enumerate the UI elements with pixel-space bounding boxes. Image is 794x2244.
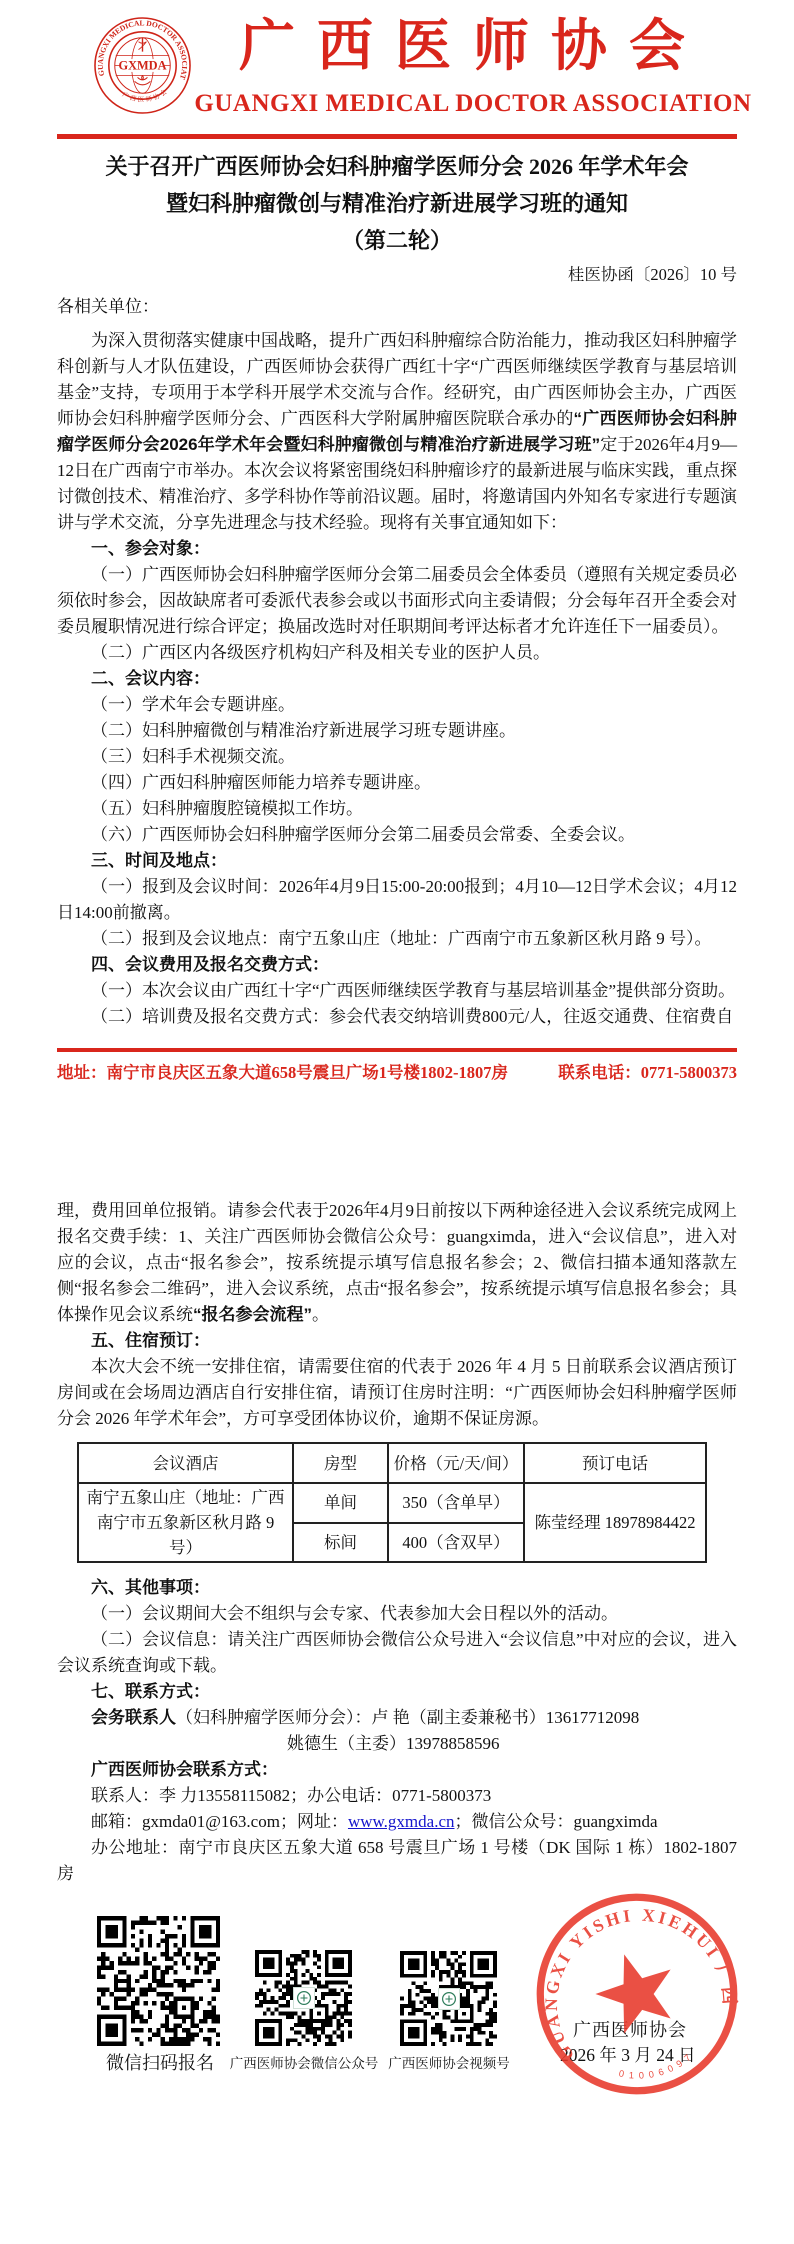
qr3-caption: 广西医师协会视频号 (369, 2052, 529, 2072)
continued-text-2: 。 (312, 1305, 329, 1324)
conference-contact-line: 会务联系人（妇科肿瘤学医师分会）：卢 艳（副主委兼秘书）13617712098 (57, 1705, 737, 1731)
section7-heading: 七、联系方式： (57, 1679, 737, 1705)
intro-paragraph: 为深入贯彻落实健康中国战略，提升广西妇科肿瘤综合防治能力，推动我区妇科肿瘤学科创… (57, 328, 737, 536)
footer-address: 地址：南宁市良庆区五象大道658号震旦广场1号楼1802-1807房 (57, 1061, 508, 1085)
qr-center-logo-icon (293, 1987, 315, 2009)
document-number: 桂医协函〔2026〕10 号 (57, 262, 737, 288)
email-text: 邮箱：gxmda01@163.com；网址： (91, 1812, 348, 1831)
contact2-detail: 姚德生（主委）13978858596 (57, 1731, 737, 1757)
salutation: 各相关单位： (57, 294, 737, 320)
website-link[interactable]: www.gxmda.cn (348, 1812, 455, 1831)
section3-item1: （一）报到及会议时间：2026年4月9日15:00-20:00报到；4月10—1… (57, 874, 737, 926)
notice-document: GUANGXI MEDICAL DOCTOR ASSOCIATION 广西医师协… (0, 0, 794, 2244)
association-email-line: 邮箱：gxmda01@163.com；网址：www.gxmda.cn；微信公众号… (57, 1809, 737, 1835)
continued-text-1: 理，费用回单位报销。请参会代表于2026年4月9日前按以下两种途径进入会议系统完… (57, 1201, 737, 1324)
section1-item1: （一）广西医师协会妇科肿瘤学医师分会第二届委员会全体委员（遵照有关规定委员必须依… (57, 562, 737, 640)
section3-item2: （二）报到及会议地点：南宁五象山庄（地址：广西南宁市五象新区秋月路 9 号）。 (57, 926, 737, 952)
section4-item2: （二）培训费及报名交费方式：参会代表交纳培训费800元/人，往返交通费、住宿费自 (57, 1004, 737, 1030)
section6-heading: 六、其他事项： (57, 1575, 737, 1601)
section2-item4: （四）广西妇科肿瘤医师能力培养专题讲座。 (57, 770, 737, 796)
col-header-room-type: 房型 (293, 1443, 388, 1483)
contact1-detail: （妇科肿瘤学医师分会）：卢 艳（副主委兼秘书）13617712098 (176, 1708, 639, 1727)
section6-item1: （一）会议期间大会不组织与会专家、代表参加大会日程以外的活动。 (57, 1601, 737, 1627)
registration-qr-code (97, 1916, 220, 2046)
org-name-chinese: 广西医师协会 (192, 12, 754, 82)
qr1-caption: 微信扫码报名 (80, 2049, 240, 2075)
logo-center-text: GXMDA (118, 58, 166, 72)
association-contact-person: 联系人：李 力13558115082；办公电话：0771-5800373 (57, 1783, 737, 1809)
room-type-cell: 标间 (293, 1523, 388, 1563)
section2-heading: 二、会议内容： (57, 666, 737, 692)
section2-item6: （六）广西医师协会妇科肿瘤学医师分会第二届委员会常委、全委会议。 (57, 822, 737, 848)
hotel-table: 会议酒店 房型 价格（元/天/间） 预订电话 南宁五象山庄（地址：广西南宁市五象… (77, 1442, 707, 1563)
section2-item1: （一）学术年会专题讲座。 (57, 692, 737, 718)
footer-divider (57, 1048, 737, 1052)
qr-center-logo-icon (438, 1988, 460, 2010)
document-title-line3: （第二轮） (57, 222, 737, 259)
section5-heading: 五、住宿预订： (57, 1328, 737, 1354)
section2-item5: （五）妇科肿瘤腹腔镜模拟工作坊。 (57, 796, 737, 822)
page2-content: 理，费用回单位报销。请参会代表于2026年4月9日前按以下两种途径进入会议系统完… (57, 1198, 737, 1887)
section2-item3: （三）妇科手术视频交流。 (57, 744, 737, 770)
registration-flow-bold: “报名参会流程” (193, 1305, 312, 1324)
section5-paragraph: 本次大会不统一安排住宿，请需要住宿的代表于 2026 年 4 月 5 日前联系会… (57, 1354, 737, 1432)
contact-label-bold: 会务联系人 (91, 1708, 176, 1727)
logo-ring-bottom-text: 广西医师协会 (121, 86, 170, 104)
document-title-line1: 关于召开广西医师协会妇科肿瘤学医师分会 2026 年学术年会 (57, 148, 737, 185)
page1-footer: 地址：南宁市良庆区五象大道658号震旦广场1号楼1802-1807房 联系电话：… (57, 1048, 737, 1085)
header-divider (57, 134, 737, 139)
seal-serial-number: 01006097 (615, 2045, 699, 2091)
hotel-name-cell: 南宁五象山庄（地址：广西南宁市五象新区秋月路 9 号） (78, 1483, 293, 1562)
document-title-line2: 暨妇科肿瘤微创与精准治疗新进展学习班的通知 (57, 185, 737, 222)
section6-item2: （二）会议信息：请关注广西医师协会微信公众号进入“会议信息”中对应的会议，进入会… (57, 1627, 737, 1679)
wechat-account-text: ；微信公众号：guangximda (455, 1812, 658, 1831)
official-seal-stamp: GUANGXI YISHI XIEHUI 广西医师协会 01006097 (533, 1890, 741, 2098)
section1-heading: 一、参会对象： (57, 536, 737, 562)
col-header-phone: 预订电话 (524, 1443, 706, 1483)
price-cell: 400（含双早） (388, 1523, 524, 1563)
footer-phone: 联系电话：0771-5800373 (558, 1061, 737, 1085)
association-contact-heading: 广西医师协会联系方式： (57, 1757, 737, 1783)
table-row: 南宁五象山庄（地址：广西南宁市五象新区秋月路 9 号） 单间 350（含单早） … (78, 1483, 706, 1523)
room-type-cell: 单间 (293, 1483, 388, 1523)
wechat-official-account-qr-code (255, 1950, 352, 2046)
hotel-table-header-row: 会议酒店 房型 价格（元/天/间） 预订电话 (78, 1443, 706, 1483)
video-channel-qr-code (400, 1951, 497, 2046)
continued-paragraph: 理，费用回单位报销。请参会代表于2026年4月9日前按以下两种途径进入会议系统完… (57, 1198, 737, 1328)
association-logo-icon: GUANGXI MEDICAL DOCTOR ASSOCIATION 广西医师协… (93, 16, 192, 115)
col-header-hotel: 会议酒店 (78, 1443, 293, 1483)
page1-content: 关于召开广西医师协会妇科肿瘤学医师分会 2026 年学术年会 暨妇科肿瘤微创与精… (57, 148, 737, 1030)
section4-heading: 四、会议费用及报名交费方式： (57, 952, 737, 978)
section4-item1: （一）本次会议由广西红十字“广西医师继续医学教育与基层培训基金”提供部分资助。 (57, 978, 737, 1004)
signature-block: 微信扫码报名 广西医师协会微信公众号 广西医师协会视频号 广西医师协会 2026… (57, 1900, 757, 2130)
org-name-english: GUANGXI MEDICAL DOCTOR ASSOCIATION (192, 88, 754, 120)
col-header-price: 价格（元/天/间） (388, 1443, 524, 1483)
qr2-caption: 广西医师协会微信公众号 (223, 2052, 385, 2072)
svg-text:广西医师协会: 广西医师协会 (121, 86, 170, 104)
section1-item2: （二）广西区内各级医疗机构妇产科及相关专业的医护人员。 (57, 640, 737, 666)
section3-heading: 三、时间及地点： (57, 848, 737, 874)
svg-text:01006097: 01006097 (615, 2045, 699, 2091)
association-office-address: 办公地址：南宁市良庆区五象大道 658 号震旦广场 1 号楼（DK 国际 1 栋… (57, 1835, 737, 1887)
section2-item2: （二）妇科肿瘤微创与精准治疗新进展学习班专题讲座。 (57, 718, 737, 744)
price-cell: 350（含单早） (388, 1483, 524, 1523)
booking-contact-cell: 陈莹经理 18978984422 (524, 1483, 706, 1562)
